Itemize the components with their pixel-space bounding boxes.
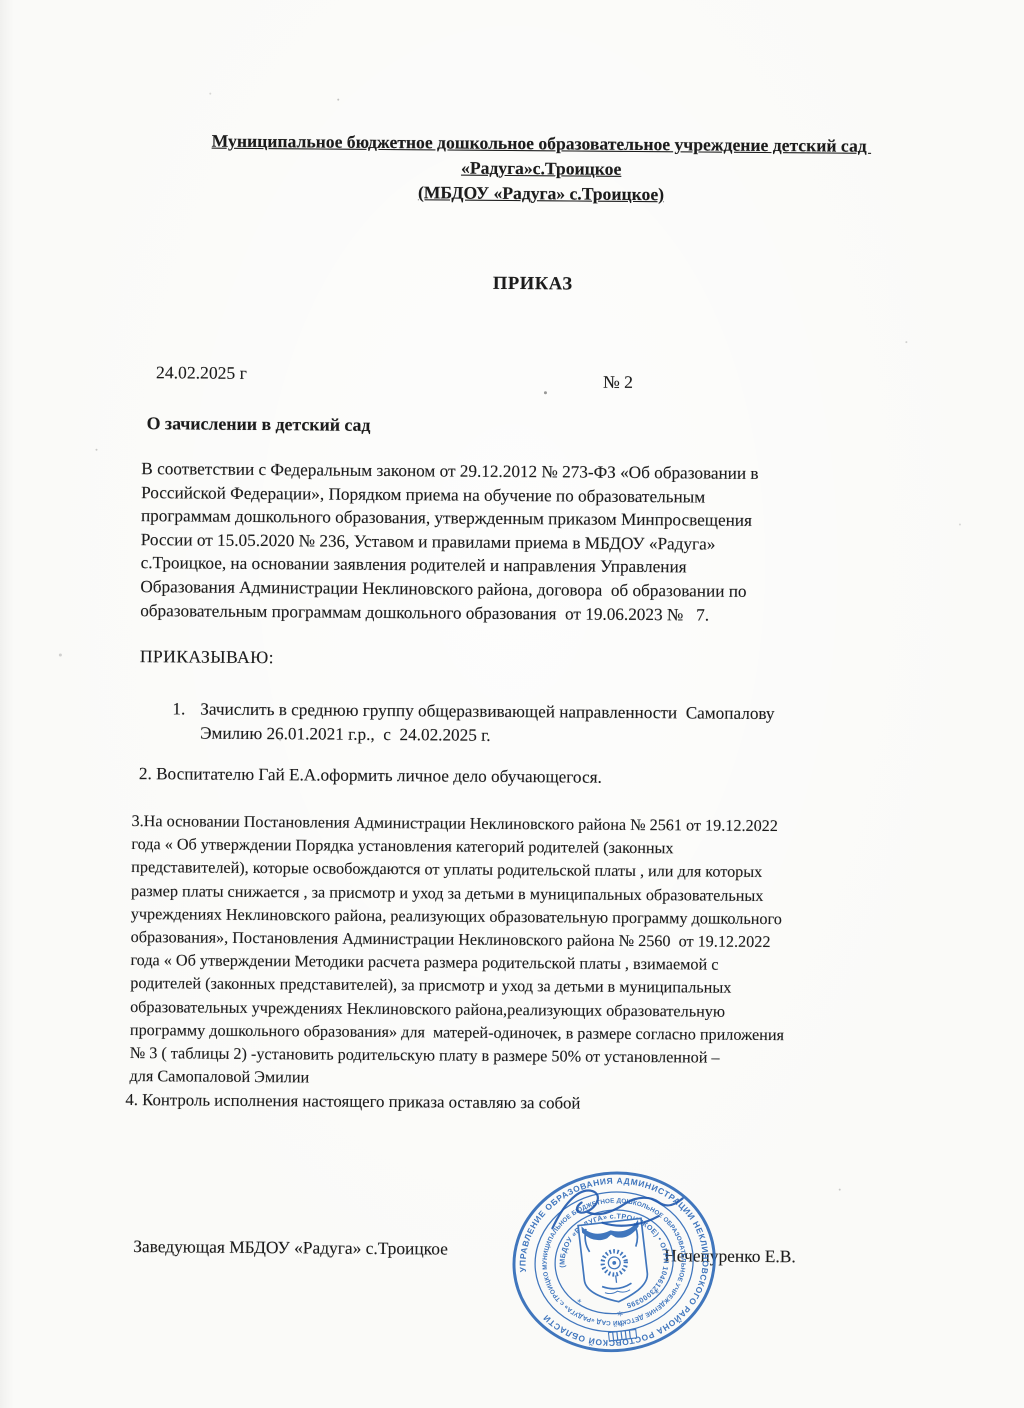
signature-underline xyxy=(602,1216,658,1226)
intro-paragraph: В соответствии с Федеральным законом от … xyxy=(140,457,921,628)
scan-speck xyxy=(279,739,281,741)
scan-speck xyxy=(209,93,211,95)
order-item-3: 3.На основании Постановления Администрац… xyxy=(129,810,931,1095)
order-item-1-text: Зачислить в среднюю группу общеразвивающ… xyxy=(200,698,775,750)
signature-loop xyxy=(552,1190,598,1229)
signature-flourish xyxy=(587,1197,683,1214)
scan-speck xyxy=(95,449,97,451)
scan-speck xyxy=(144,1003,146,1005)
doc-title: ПРИКАЗ xyxy=(88,271,978,299)
scanned-order-document: Муниципальное бюджетное дошкольное образ… xyxy=(0,0,1024,1408)
order-item-2: 2. Воспитателю Гай Е.А.оформить личное д… xyxy=(139,764,602,788)
order-item-1: 1. Зачислить в среднюю группу общеразвив… xyxy=(172,697,932,750)
scan-speck xyxy=(839,1189,841,1191)
order-date: 24.02.2025 г xyxy=(156,362,247,384)
order-item-4: 4. Контроль исполнения настоящего приказ… xyxy=(125,1090,580,1114)
asterisk-ornament: * xyxy=(577,1297,582,1307)
boat-mast xyxy=(616,1275,617,1282)
scan-speck xyxy=(905,341,907,343)
handwritten-signature xyxy=(544,1176,701,1247)
order-directive: ПРИКАЗЫВАЮ: xyxy=(140,646,274,668)
scan-speck xyxy=(59,653,62,656)
org-header: Муниципальное бюджетное дошкольное образ… xyxy=(88,128,994,210)
scan-content: Муниципальное бюджетное дошкольное образ… xyxy=(0,0,1024,1408)
order-subject: О зачислении в детский сад xyxy=(147,413,371,436)
order-number: № 2 xyxy=(603,372,633,393)
scan-speck xyxy=(337,99,339,101)
signature-role: Заведующая МБДОУ «Радуга» с.Троицкое xyxy=(133,1236,448,1259)
scan-speck xyxy=(544,391,547,394)
signature-stroke xyxy=(544,1176,701,1247)
order-item-1-number: 1. xyxy=(172,697,185,744)
scan-speck xyxy=(959,524,961,526)
